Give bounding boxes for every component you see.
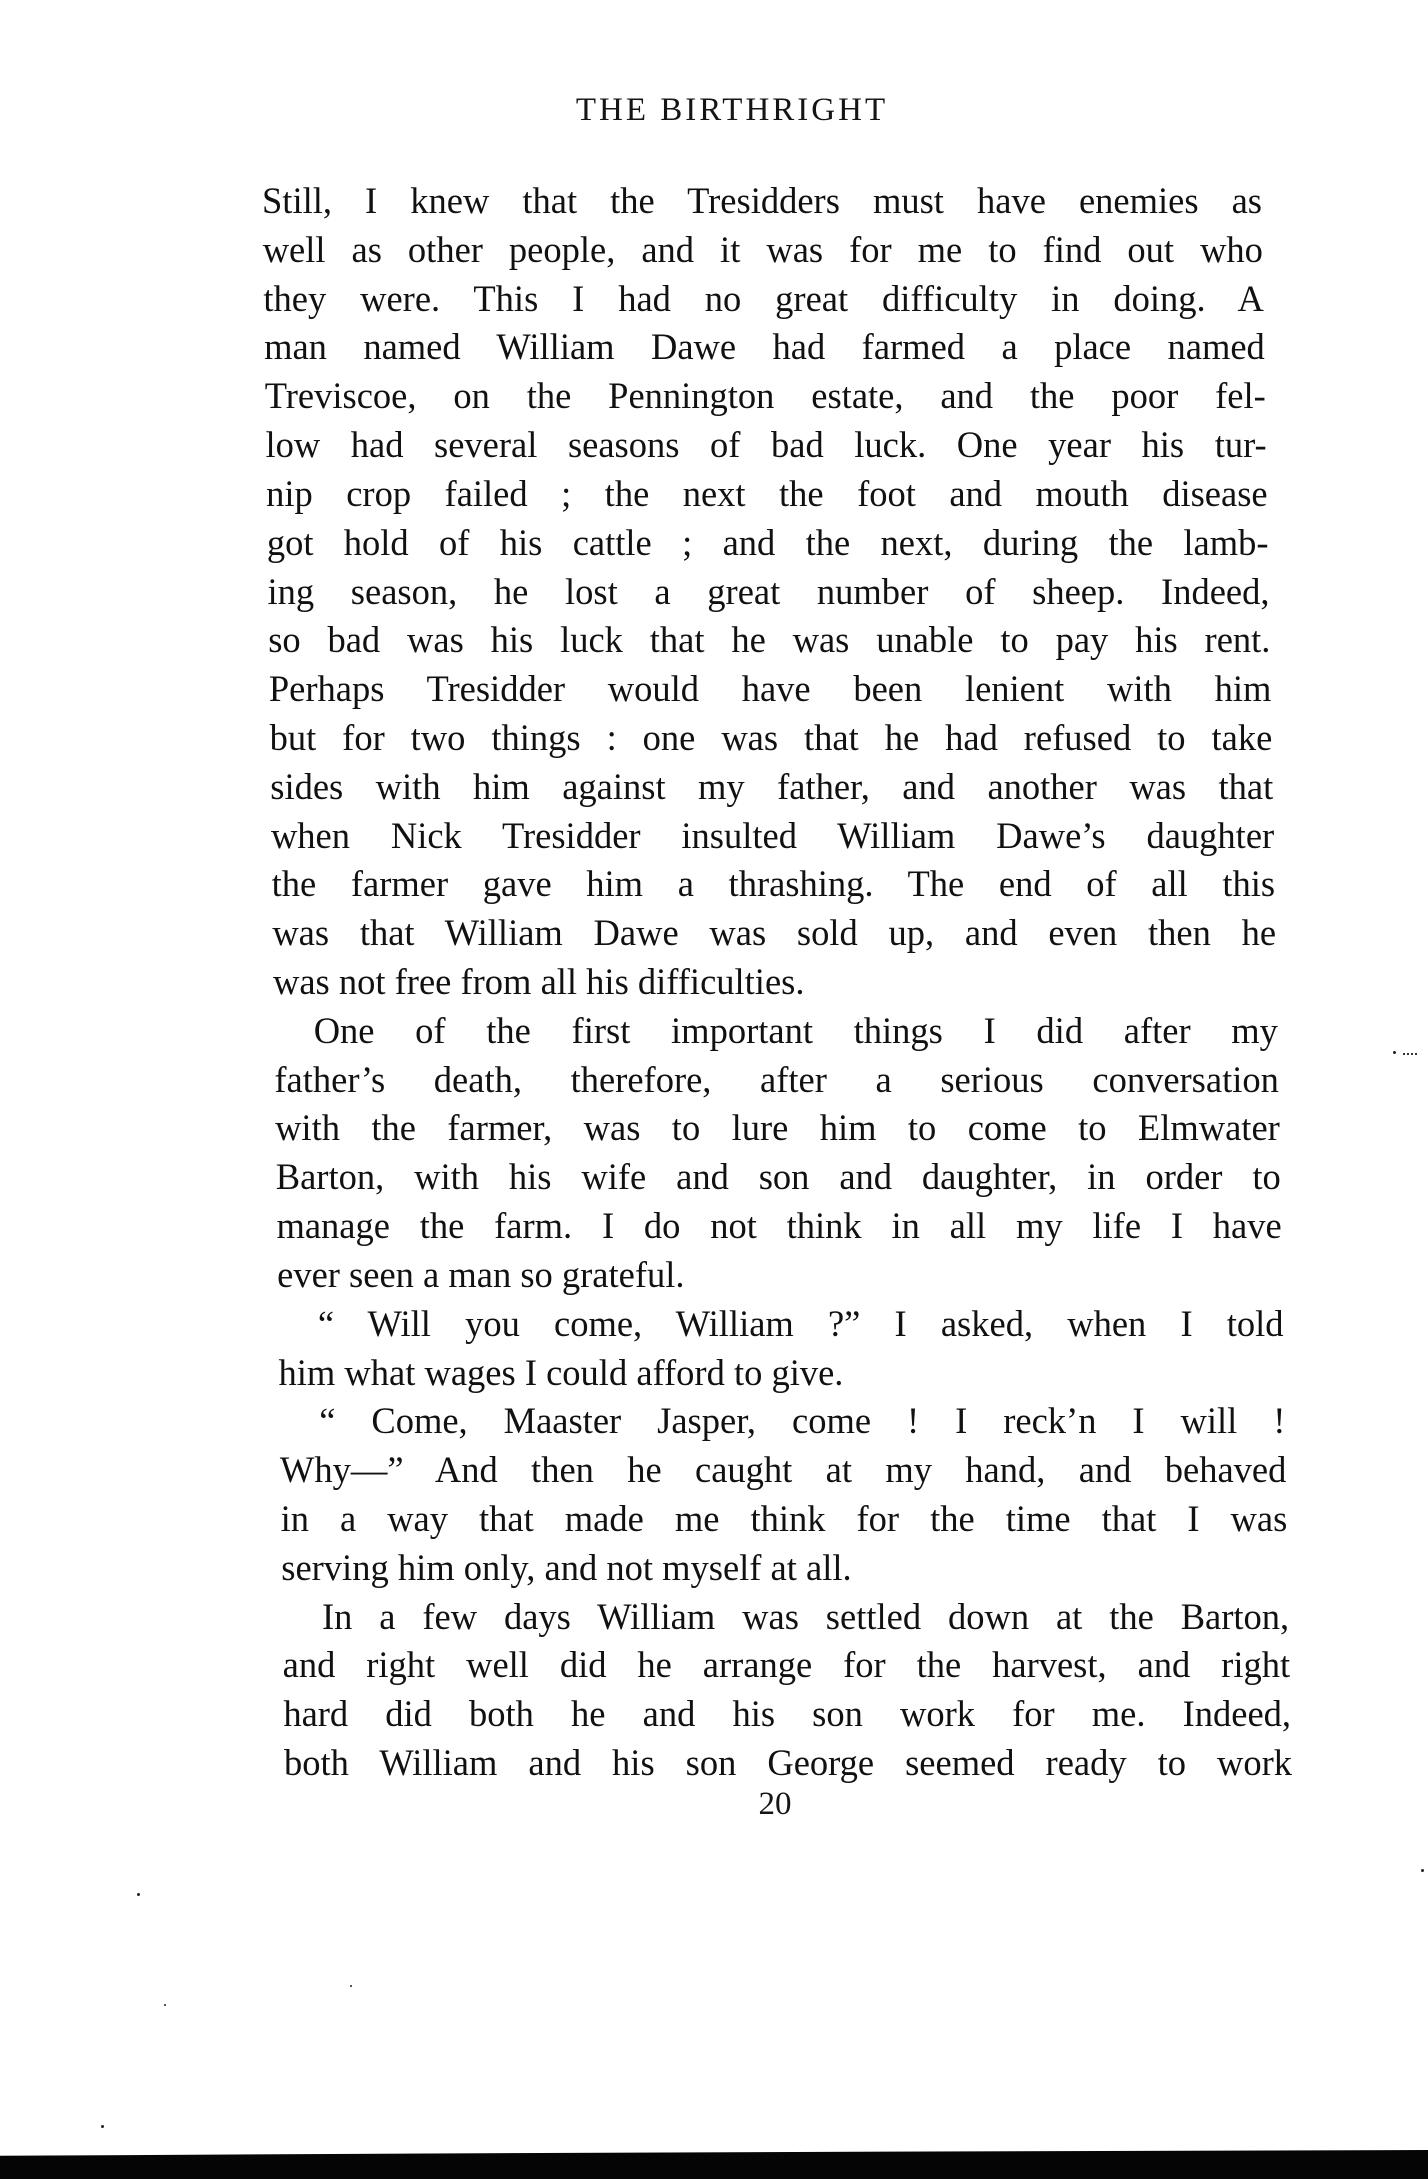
text-line: well as other people, and it was for me … <box>263 227 1263 273</box>
running-head: THE BIRTHRIGHT <box>0 92 1428 129</box>
scan-edge-shadow <box>0 2150 1428 2179</box>
scan-speck <box>164 2004 166 2006</box>
text-line: Why—” And then he caught at my hand, and… <box>280 1447 1287 1493</box>
text-line: was not free from all his difficulties. <box>273 959 1277 1005</box>
text-line: they were. This I had no great difficult… <box>263 276 1264 322</box>
scan-speck <box>1421 1869 1424 1872</box>
text-line: sides with him against my father, and an… <box>270 764 1273 810</box>
text-line: low had several seasons of bad luck. One… <box>265 422 1266 468</box>
text-line: got hold of his cattle ; and the next, d… <box>267 520 1269 566</box>
text-line: ing season, he lost a great number of sh… <box>268 569 1270 615</box>
text-line: ever seen a man so grateful. <box>277 1252 1283 1298</box>
text-line: with the farmer, was to lure him to come… <box>275 1105 1280 1151</box>
text-line: man named William Dawe had farmed a plac… <box>264 324 1265 370</box>
page-number: 20 <box>700 1786 850 1823</box>
text-line: One of the first important things I did … <box>274 1008 1278 1054</box>
text-line: so bad was his luck that he was unable t… <box>268 617 1270 663</box>
text-line: was that William Dawe was sold up, and e… <box>272 910 1276 956</box>
text-line: serving him only, and not myself at all. <box>281 1545 1288 1591</box>
text-line: father’s death, therefore, after a serio… <box>274 1057 1279 1103</box>
scan-speck <box>350 1985 352 1987</box>
text-line: Perhaps Tresidder would have been lenien… <box>269 666 1272 712</box>
scan-speck <box>101 2125 104 2128</box>
scan-speck <box>137 1893 140 1896</box>
text-line: hard did both he and his son work for me… <box>283 1691 1291 1737</box>
text-line: in a way that made me think for the time… <box>281 1496 1288 1542</box>
book-page: THE BIRTHRIGHT Still, I knew that the Tr… <box>0 0 1428 2179</box>
text-line: nip crop failed ; the next the foot and … <box>266 471 1268 517</box>
text-line: and right well did he arrange for the ha… <box>283 1642 1291 1688</box>
text-line: manage the farm. I do not think in all m… <box>276 1203 1281 1249</box>
text-line: but for two things : one was that he had… <box>270 715 1273 761</box>
text-line: Treviscoe, on the Pennington estate, and… <box>265 373 1266 419</box>
text-line: when Nick Tresidder insulted William Daw… <box>271 813 1274 859</box>
text-line: In a few days William was settled down a… <box>282 1594 1289 1640</box>
text-line: him what wages I could afford to give. <box>279 1350 1285 1396</box>
text-line: both William and his son George seemed r… <box>284 1740 1292 1786</box>
text-line: Barton, with his wife and son and daught… <box>276 1154 1281 1200</box>
text-line: “ Will you come, William ?” I asked, whe… <box>278 1301 1284 1347</box>
text-line: “ Come, Maaster Jasper, come ! I reck’n … <box>279 1398 1285 1444</box>
text-line: Still, I knew that the Tresidders must h… <box>262 178 1262 224</box>
scan-speck <box>1393 1051 1396 1054</box>
scan-mark <box>1403 1053 1417 1058</box>
text-line: the farmer gave him a thrashing. The end… <box>272 861 1276 907</box>
